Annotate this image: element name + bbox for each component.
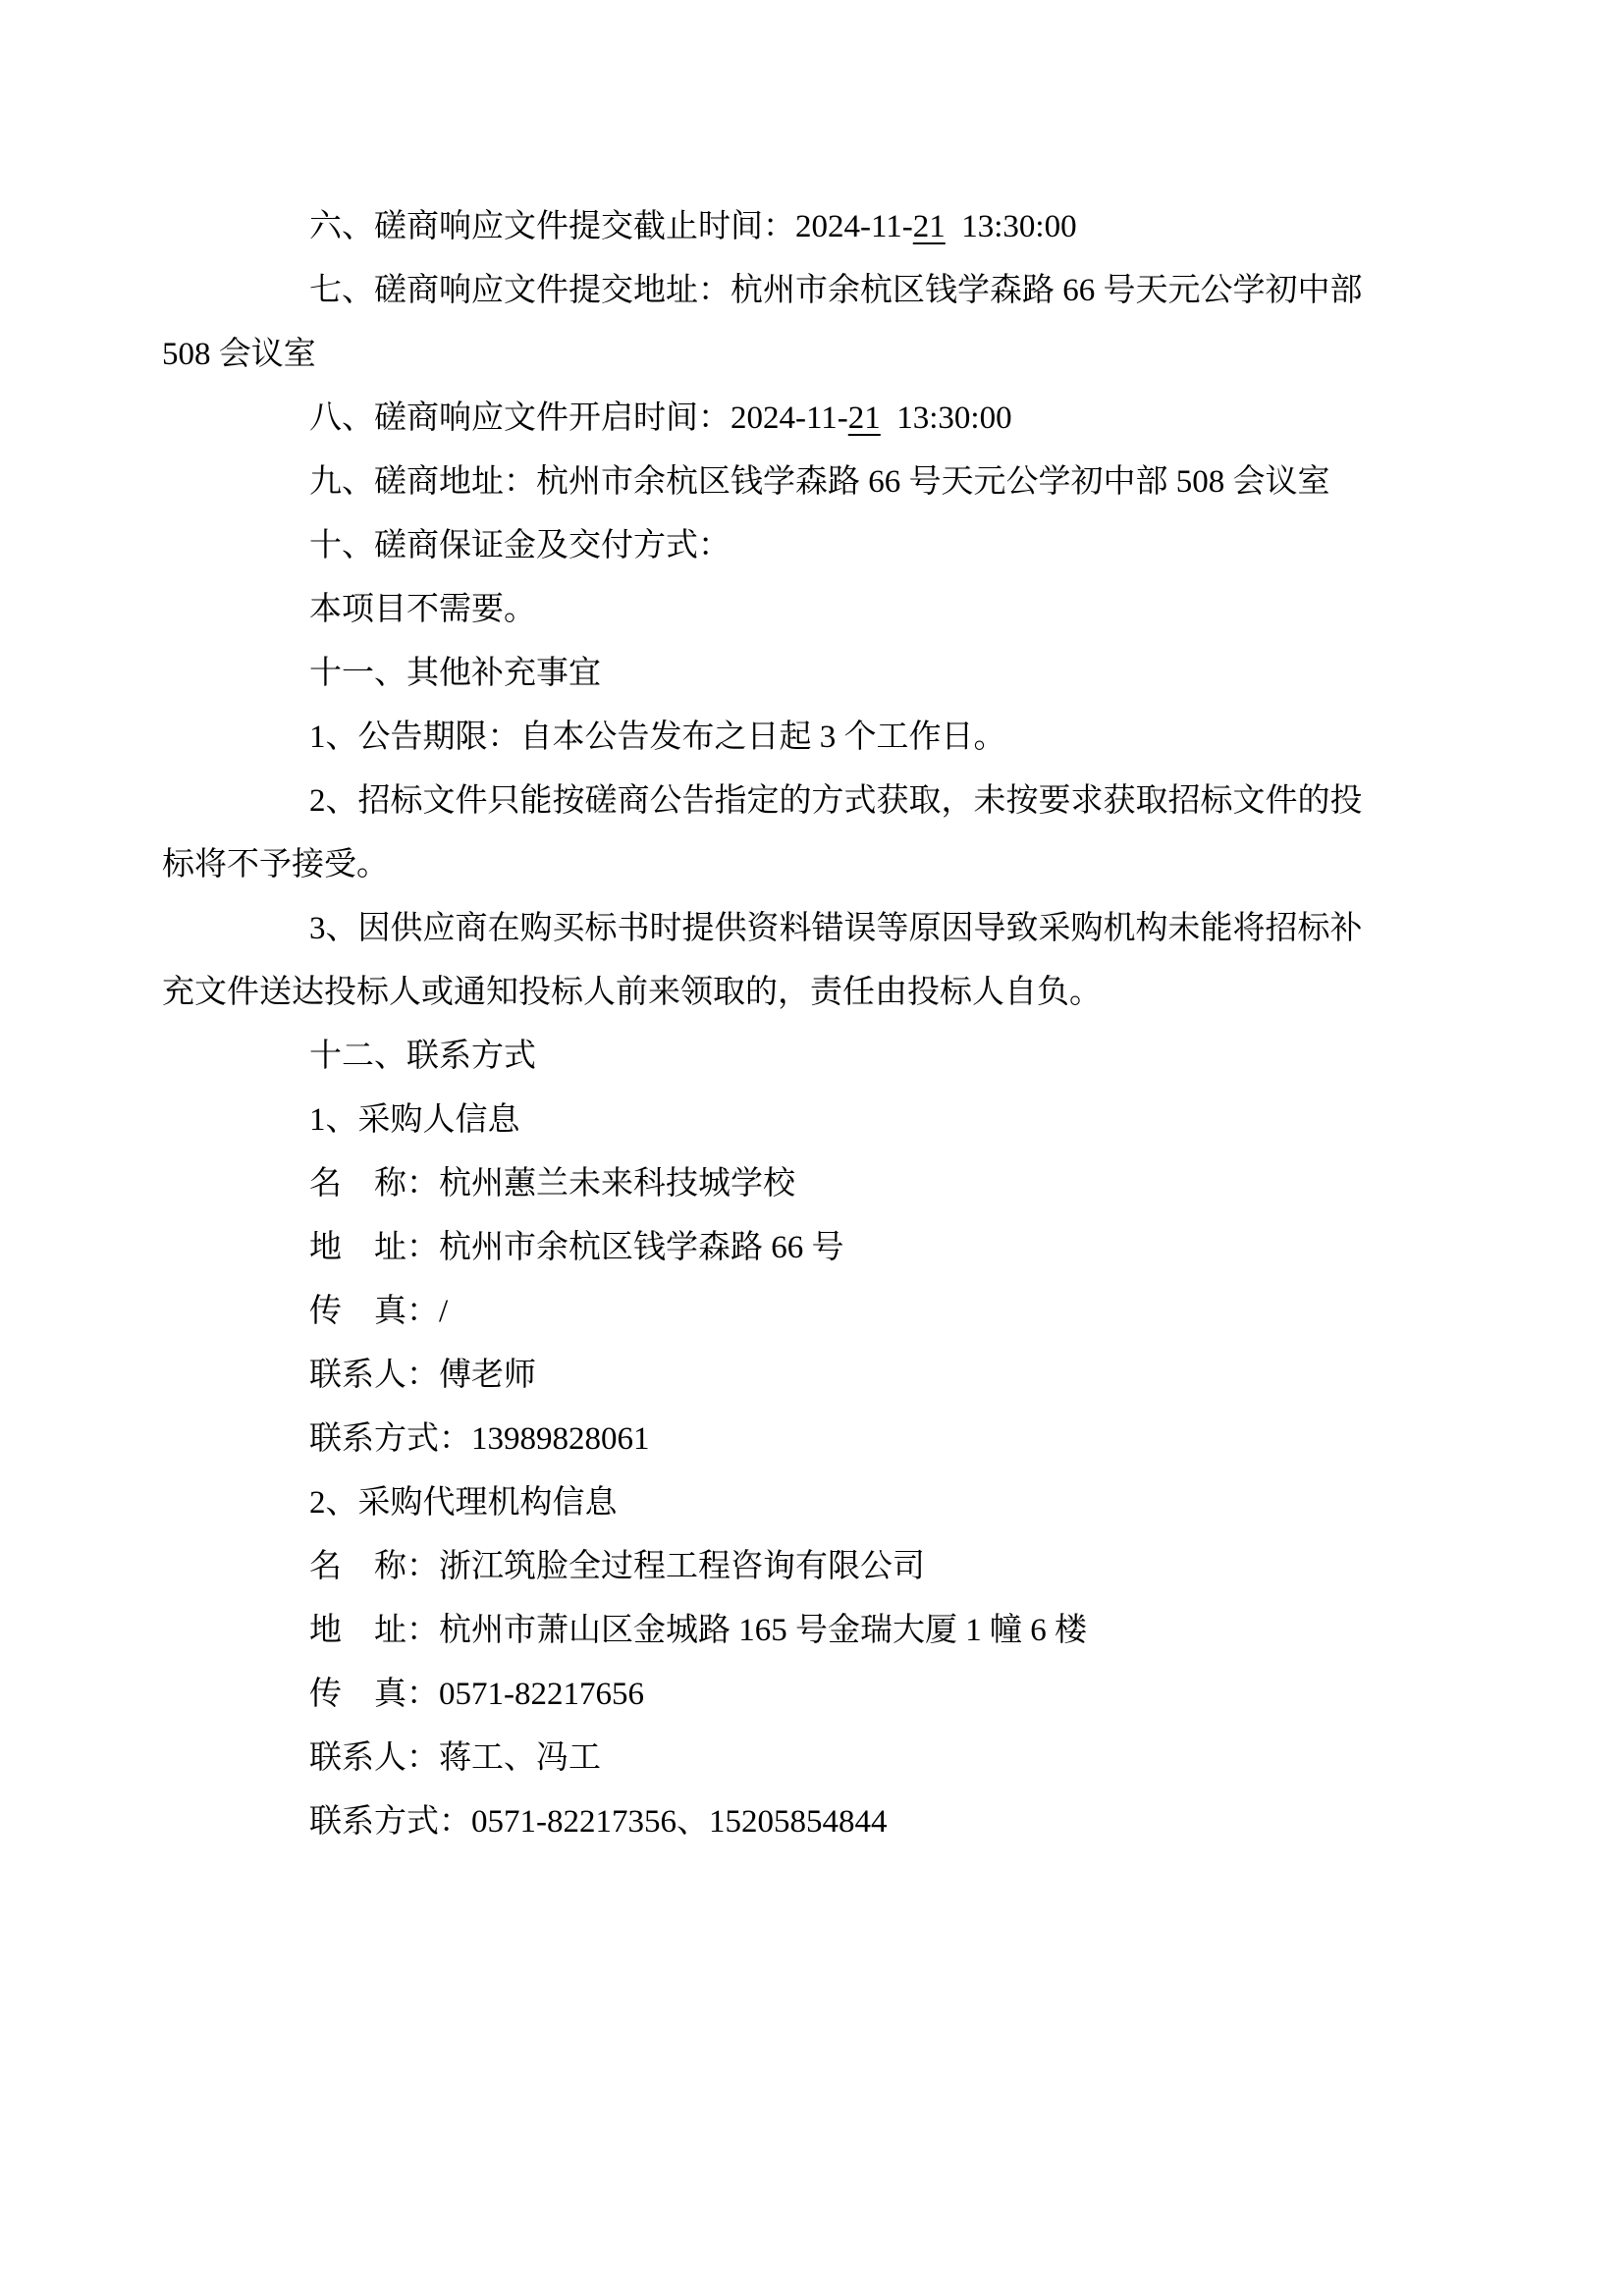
line-opening-time: 八、磋商响应文件开启时间：2024-11-21 13:30:00 [162,387,1467,451]
line-purchaser-address: 地 址：杭州市余杭区钱学森路 66 号 [162,1216,1467,1280]
line-submission-address-cont: 508 会议室 [162,323,1467,387]
line-agency-contact-person: 联系人：蒋工、冯工 [162,1727,1467,1790]
underlined-day: 21 [913,209,946,244]
line-submission-address: 七、磋商响应文件提交地址：杭州市余杭区钱学森路 66 号天元公学初中部 [162,259,1467,323]
line-purchaser-name: 名 称：杭州蕙兰未来科技城学校 [162,1152,1467,1216]
line-agency-address: 地 址：杭州市萧山区金城路 165 号金瑞大厦 1 幢 6 楼 [162,1599,1467,1663]
line-text: 13:30:00 [881,400,1012,436]
document-page: 六、磋商响应文件提交截止时间：2024-11-21 13:30:00 七、磋商响… [0,0,1624,2296]
line-purchaser-fax: 传 真：/ [162,1280,1467,1344]
line-submission-deadline: 六、磋商响应文件提交截止时间：2024-11-21 13:30:00 [162,195,1467,259]
line-deposit-not-required: 本项目不需要。 [162,578,1467,642]
underlined-day: 21 [848,400,881,436]
line-text: 八、磋商响应文件开启时间：2024-11- [309,400,848,436]
line-purchaser-contact-person: 联系人：傅老师 [162,1344,1467,1408]
line-purchaser-phone: 联系方式：13989828061 [162,1408,1467,1471]
line-agency-name: 名 称：浙江筑脸全过程工程咨询有限公司 [162,1535,1467,1599]
line-agency-info-heading: 2、采购代理机构信息 [162,1471,1467,1535]
line-supplier-liability-cont: 充文件送达投标人或通知投标人前来领取的，责任由投标人自负。 [162,961,1467,1025]
line-text: 六、磋商响应文件提交截止时间：2024-11- [309,209,913,244]
line-document-acquisition-cont: 标将不予接受。 [162,833,1467,897]
line-negotiation-address: 九、磋商地址：杭州市余杭区钱学森路 66 号天元公学初中部 508 会议室 [162,451,1467,514]
line-supplier-liability: 3、因供应商在购买标书时提供资料错误等原因导致采购机构未能将招标补 [162,897,1467,961]
line-purchaser-info-heading: 1、采购人信息 [162,1089,1467,1152]
line-agency-fax: 传 真：0571-82217656 [162,1663,1467,1727]
line-deposit-heading: 十、磋商保证金及交付方式： [162,514,1467,578]
line-contact-heading: 十二、联系方式 [162,1025,1467,1089]
line-other-matters-heading: 十一、其他补充事宜 [162,642,1467,706]
line-text: 13:30:00 [946,209,1077,244]
line-agency-phone: 联系方式：0571-82217356、15205854844 [162,1790,1467,1854]
line-announcement-period: 1、公告期限：自本公告发布之日起 3 个工作日。 [162,706,1467,770]
line-document-acquisition: 2、招标文件只能按磋商公告指定的方式获取，未按要求获取招标文件的投 [162,770,1467,833]
